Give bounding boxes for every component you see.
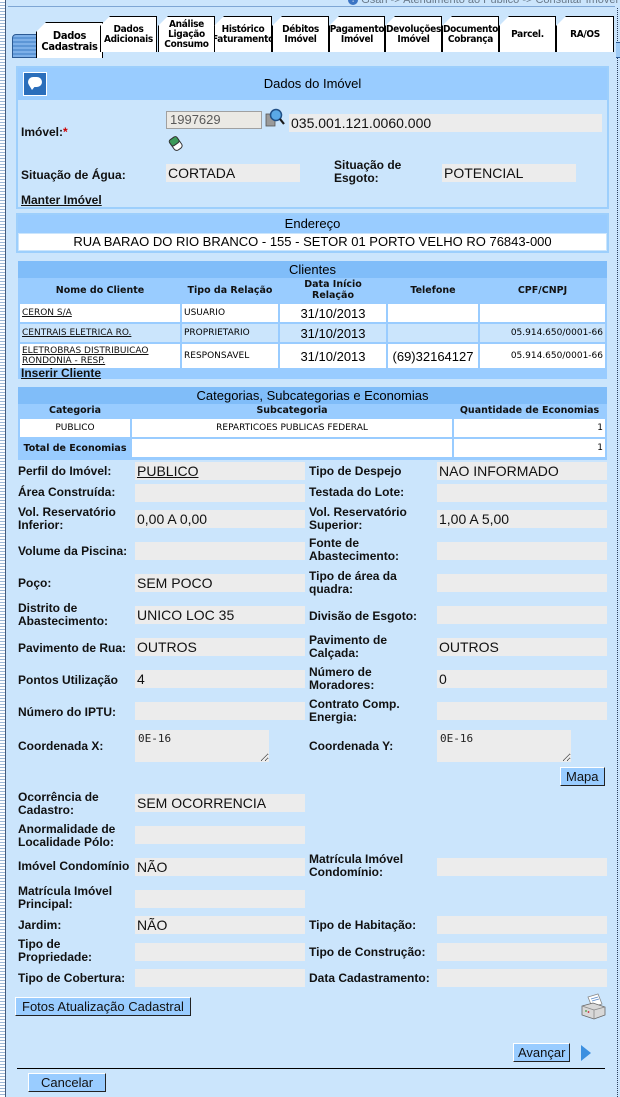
cpf-cell [480,304,605,322]
total-row: Total de Economias 1 [20,439,605,457]
cliente-link[interactable]: CENTRAIS ELETRICA RO. [22,328,131,338]
fonte-label: Fonte de Abastecimento: [309,537,419,563]
tab-dados-adicionais[interactable]: Dados Adicionais [100,16,157,52]
subcategoria-cell: REPARTICOES PUBLICAS FEDERAL [132,419,452,437]
habitacao-field [437,916,607,934]
testada-field [437,484,607,502]
chat-bubble-icon[interactable] [23,72,47,96]
vol-inferior-label: Vol. Reservatório Inferior: [18,506,128,532]
manter-imovel-link[interactable]: Manter Imóvel [21,194,102,207]
construcao-field [437,943,607,961]
distrito-field: UNICO LOC 35 [135,606,305,624]
footer-divider [17,1068,605,1069]
anormalidade-label: Anormalidade de Localidade Pólo: [18,823,128,849]
vol-inferior-field: 0,00 A 0,00 [135,510,305,528]
table-row: PUBLICO REPARTICOES PUBLICAS FEDERAL 1 [20,419,605,437]
help-icon[interactable]: ? [348,0,358,5]
condominio-label: Imóvel Condomínio [18,860,129,873]
pav-calcada-field: OUTROS [437,638,607,656]
dados-imovel-panel: Dados do Imóvel Imóvel:* 1997629 035.001… [16,66,609,209]
data-cell: 31/10/2013 [280,324,386,342]
pav-rua-field: OUTROS [135,638,305,656]
tipo-cell: RESPONSAVEL [182,344,278,368]
area-quadra-label: Tipo de área da quadra: [309,570,409,596]
poco-field: SEM POCO [135,574,305,592]
despejo-label: Tipo de Despejo [309,465,401,478]
clientes-panel: Clientes Nome do Cliente Tipo da Relação… [16,259,609,381]
condominio-field: NÃO [135,858,305,876]
coord-y-label: Coordenada Y: [309,740,393,753]
cancelar-button[interactable]: Cancelar [28,1073,106,1092]
perfil-field: PUBLICO [135,462,305,480]
main-frame: Dados Cadastrais Dados Adicionais Anális… [8,6,615,1096]
search-icon[interactable] [265,108,285,130]
col-cpf: CPF/CNPJ [480,278,605,302]
cliente-link[interactable]: CERON S/A [22,308,72,318]
tab-pagamento-imovel[interactable]: Pagamento Imóvel [329,16,385,52]
arrow-right-icon[interactable] [581,1045,591,1061]
tab-ra-os[interactable]: RA/OS [556,16,614,52]
despejo-field: NAO INFORMADO [437,462,607,480]
table-row: CENTRAIS ELETRICA RO. PROPRIETARIO 31/10… [20,324,605,342]
table-row: ELETROBRAS DISTRIBUICAO RONDONIA - RESP.… [20,344,605,368]
categoria-cell: PUBLICO [20,419,130,437]
categorias-table: Categoria Subcategoria Quantidade de Eco… [18,402,607,459]
moradores-field: 0 [437,670,607,688]
jardim-field: NÃO [135,916,305,934]
tab-dados-cadastrais[interactable]: Dados Cadastrais [36,22,103,58]
data-cell: 31/10/2013 [280,344,386,368]
tab-strip: Dados Cadastrais Dados Adicionais Anális… [12,16,612,56]
tipo-cell: USUARIO [182,304,278,322]
pontos-field: 4 [135,670,305,688]
ocorrencia-field: SEM OCORRENCIA [135,794,305,812]
piscina-label: Volume da Piscina: [18,545,127,558]
area-field [135,484,305,502]
habitacao-label: Tipo de Habitação: [309,919,416,932]
poco-label: Poço: [18,577,51,590]
cliente-link[interactable]: ELETROBRAS DISTRIBUICAO RONDONIA - RESP. [22,346,149,366]
clientes-table: Nome do Cliente Tipo da Relação Data Iní… [18,276,607,370]
vol-superior-field: 1,00 A 5,00 [437,510,607,528]
situacao-esgoto-label: Situação de Esgoto: [334,159,414,185]
avancar-button[interactable]: Avançar [513,1043,570,1062]
printer-icon[interactable] [579,993,607,1021]
divisao-label: Divisão de Esgoto: [309,610,417,623]
col-categoria: Categoria [20,404,130,417]
matricula-input[interactable]: 1997629 [166,111,262,129]
cadastramento-field [437,969,607,987]
pontos-label: Pontos Utilização [18,674,118,687]
perfil-link[interactable]: PUBLICO [137,463,198,479]
anormalidade-field [135,826,305,844]
fotos-atualizacao-button[interactable]: Fotos Atualização Cadastral [15,997,191,1016]
col-data: Data Início Relação [280,278,386,302]
mat-principal-field [135,890,305,908]
divisao-field [437,606,607,624]
endereco-panel: Endereço RUA BARAO DO RIO BRANCO - 155 -… [16,213,609,253]
inserir-cliente-link[interactable]: Inserir Cliente [21,367,101,380]
quantidade-cell: 1 [454,419,605,437]
iptu-field [135,702,305,720]
situacao-agua-field: CORTADA [166,164,300,182]
contrato-field [437,702,607,720]
endereco-value: RUA BARAO DO RIO BRANCO - 155 - SETOR 01… [19,234,606,250]
total-label: Total de Economias [20,439,130,457]
mat-condominio-label: Matrícula Imóvel Condomínio: [309,853,419,879]
total-empty-cell [132,439,452,457]
iptu-label: Número do IPTU: [18,706,116,719]
ocorrencia-label: Ocorrência de Cadastro: [18,791,118,817]
situacao-agua-label: Situação de Água: [21,169,126,182]
distrito-label: Distrito de Abastecimento: [18,602,118,628]
piscina-field [135,542,305,560]
total-value: 1 [454,439,605,457]
required-mark: * [63,125,68,139]
dados-imovel-header: Dados do Imóvel [18,68,607,100]
col-quantidade: Quantidade de Economias [454,404,605,417]
col-nome: Nome do Cliente [20,278,180,302]
area-quadra-field [437,574,607,592]
tab-documento-cobranca[interactable]: Documento Cobrança [442,16,499,52]
pav-rua-label: Pavimento de Rua: [18,642,126,655]
tipo-cell: PROPRIETARIO [182,324,278,342]
tab-devolucoes-imovel[interactable]: Devoluções Imóvel [385,16,442,52]
left-frame-rail [0,0,6,1097]
construcao-label: Tipo de Construção: [309,946,425,959]
testada-label: Testada do Lote: [309,486,404,499]
cobertura-label: Tipo de Cobertura: [18,972,125,985]
tab-debitos-imovel[interactable]: Débitos Imóvel [272,16,329,52]
vol-superior-label: Vol. Reservatório Superior: [309,506,419,532]
tab-strip-edge [616,42,620,58]
dados-imovel-title: Dados do Imóvel [264,76,362,91]
area-label: Área Construída: [18,486,115,499]
imovel-label: Imóvel:* [21,126,68,139]
cpf-cell: 05.914.650/0001-66 [480,324,605,342]
eraser-icon[interactable] [168,135,184,151]
col-subcategoria: Subcategoria [132,404,452,417]
table-row: CERON S/A USUARIO 31/10/2013 [20,304,605,322]
cobertura-field [135,969,305,987]
endereco-header: Endereço [18,215,607,233]
fonte-field [437,542,607,560]
data-cell: 31/10/2013 [280,304,386,322]
situacao-esgoto-field: POTENCIAL [442,164,576,182]
pav-calcada-label: Pavimento de Calçada: [309,634,409,660]
moradores-label: Número de Moradores: [309,666,409,692]
coord-y-textarea[interactable]: 0E-16 [437,730,571,762]
cpf-cell: 05.914.650/0001-66 [480,344,605,368]
telefone-cell: (69)32164127 [388,344,478,368]
propriedade-field [135,943,305,961]
mat-principal-label: Matrícula Imóvel Principal: [18,885,128,911]
tab-analise-ligacao-consumo[interactable]: Análise Ligação Consumo [158,16,215,52]
col-telefone: Telefone [388,278,478,302]
cadastramento-label: Data Cadastramento: [309,972,430,985]
col-tipo: Tipo da Relação [182,278,278,302]
contrato-label: Contrato Comp. Energia: [309,698,419,724]
inscricao-field: 035.001.121.0060.000 [289,114,602,132]
categorias-panel: Categorias, Subcategorias e Economias Ca… [16,385,609,462]
coord-x-label: Coordenada X: [18,740,103,753]
coord-x-textarea[interactable]: 0E-16 [135,730,269,762]
propriedade-label: Tipo de Propriedade: [18,938,108,964]
mat-condominio-field [437,858,607,876]
jardim-label: Jardim: [18,919,61,932]
tab-parcelamento[interactable]: Parcel. [499,16,556,52]
tab-historico-faturamento[interactable]: Histórico Faturamento [214,16,272,52]
mapa-button[interactable]: Mapa [560,767,605,786]
telefone-cell [388,304,478,322]
perfil-label: Perfil do Imóvel: [18,465,111,478]
telefone-cell [388,324,478,342]
